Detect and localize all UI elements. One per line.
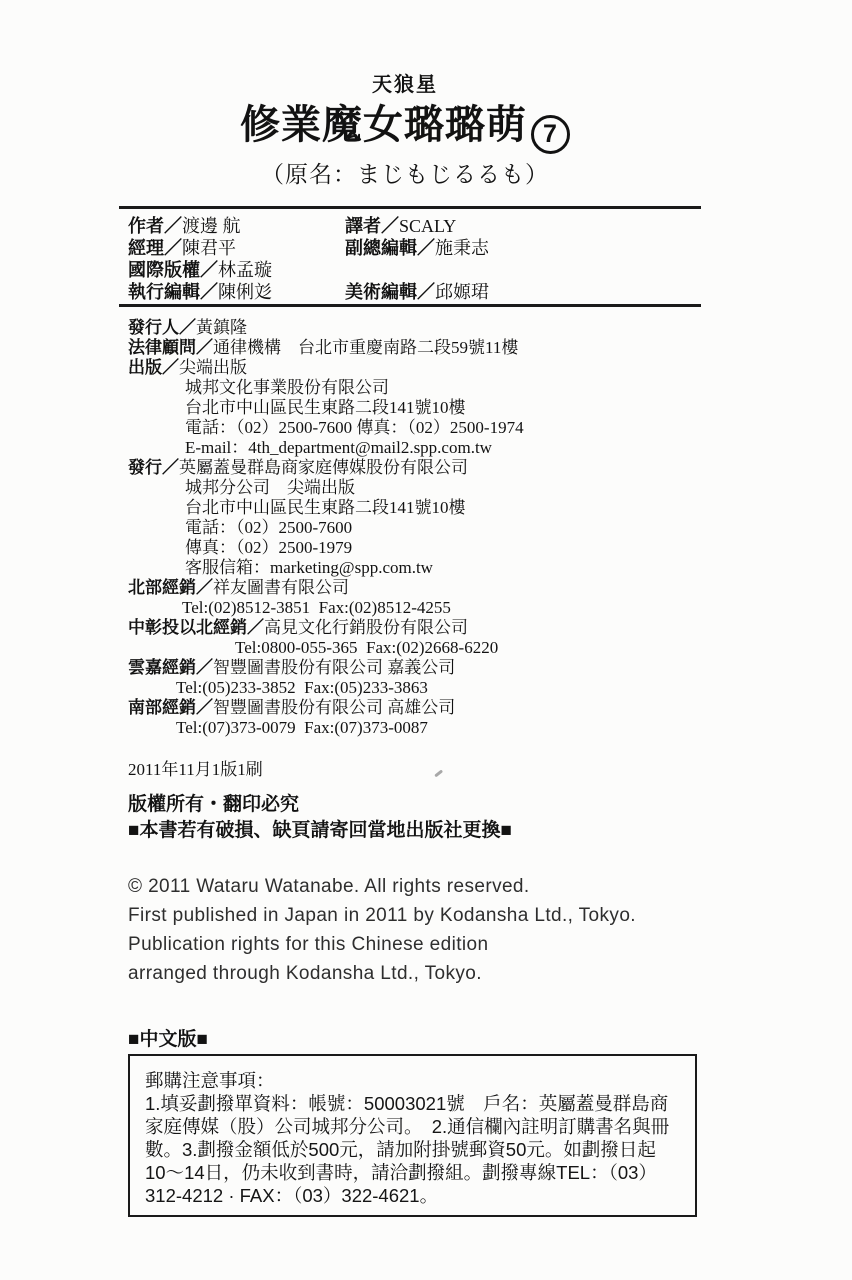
pub-row: 雲嘉經銷／智豐圖書股份有限公司 嘉義公司 xyxy=(128,658,728,678)
credit-label: 執行編輯 xyxy=(128,282,200,302)
label-separator: ／ xyxy=(200,282,218,302)
credit-label: 經理 xyxy=(128,238,164,258)
pub-label: 法律顧問 xyxy=(128,338,196,357)
credit-value: 陳君平 xyxy=(182,238,236,258)
credits-table: 作者／渡邊 航 譯者／SCALY 經理／陳君平 副總編輯／施秉志 國際版權／林孟… xyxy=(128,215,700,303)
label-separator: ／ xyxy=(196,698,213,717)
credit-label: 副總編輯 xyxy=(345,238,417,258)
volume-badge: 7 xyxy=(531,115,570,154)
mail-order-line: 10～14日，仍未收到書時，請洽劃撥組。劃撥專線TEL：（03） xyxy=(145,1161,680,1184)
original-title: （原名：まじもじるるも） xyxy=(0,159,810,189)
pub-value: 尖端出版 xyxy=(179,358,247,377)
mail-order-line: 1.填妥劃撥單資料：帳號：50003021號 戶名：英屬蓋曼群島商 xyxy=(145,1092,680,1115)
pub-value: 通律機構 台北市重慶南路二段59號11樓 xyxy=(213,338,518,357)
pub-value: 智豐圖書股份有限公司 高雄公司 xyxy=(213,698,455,717)
credit-cell: 作者／渡邊 航 xyxy=(128,215,345,237)
colophon-page: 天狼星 修業魔女璐璐萌7 （原名：まじもじるるも） 作者／渡邊 航 譯者／SCA… xyxy=(0,0,852,1280)
pub-label: 發行 xyxy=(128,458,162,477)
credit-value: 陳俐彣 xyxy=(218,282,272,302)
credit-cell: 譯者／SCALY xyxy=(345,215,700,237)
divider-top xyxy=(119,206,701,209)
pub-subline: Tel:(05)233-3852 Fax:(05)233-3863 xyxy=(128,678,728,698)
credit-cell: 執行編輯／陳俐彣 xyxy=(128,281,345,303)
pub-row: 出版／尖端出版 xyxy=(128,358,728,378)
pub-label: 中彰投以北經銷 xyxy=(128,618,247,637)
label-separator: ／ xyxy=(417,238,435,258)
label-separator: ／ xyxy=(164,216,182,236)
credit-cell: 副總編輯／施秉志 xyxy=(345,237,700,259)
english-copyright-line: Publication rights for this Chinese edit… xyxy=(128,930,636,959)
label-separator: ／ xyxy=(162,358,179,377)
pub-subline: 城邦分公司 尖端出版 xyxy=(128,478,728,498)
pub-subline: 台北市中山區民生東路二段141號10樓 xyxy=(128,398,728,418)
pub-subline: Tel:0800-055-365 Fax:(02)2668-6220 xyxy=(128,638,728,658)
label-separator: ／ xyxy=(381,216,399,236)
pub-label: 北部經銷 xyxy=(128,578,196,597)
credit-cell: 美術編輯／邱嫄珺 xyxy=(345,281,700,303)
divider-bottom xyxy=(119,304,701,307)
label-separator: ／ xyxy=(247,618,264,637)
scan-speck xyxy=(434,769,443,777)
credit-row: 作者／渡邊 航 譯者／SCALY xyxy=(128,215,700,237)
mail-order-line: 數。3.劃撥金額低於500元，請加附掛號郵資50元。如劃撥日起 xyxy=(145,1138,680,1161)
mail-order-box: 郵購注意事項： 1.填妥劃撥單資料：帳號：50003021號 戶名：英屬蓋曼群島… xyxy=(128,1054,697,1217)
pub-row: 法律顧問／通律機構 台北市重慶南路二段59號11樓 xyxy=(128,338,728,358)
label-separator: ／ xyxy=(196,658,213,677)
english-copyright-line: First published in Japan in 2011 by Koda… xyxy=(128,901,636,930)
credit-row: 經理／陳君平 副總編輯／施秉志 xyxy=(128,237,700,259)
english-copyright: © 2011 Wataru Watanabe. All rights reser… xyxy=(128,872,636,988)
credit-cell: 國際版權／林孟璇 xyxy=(128,259,345,281)
pub-subline: 傳真：（02）2500-1979 xyxy=(128,538,728,558)
title-block: 天狼星 修業魔女璐璐萌7 （原名：まじもじるるも） xyxy=(0,72,810,189)
pub-label: 南部經銷 xyxy=(128,698,196,717)
mail-order-line: 郵購注意事項： xyxy=(145,1069,680,1092)
credit-value: SCALY xyxy=(399,216,456,236)
pub-row: 北部經銷／祥友圖書有限公司 xyxy=(128,578,728,598)
credit-value: 林孟璇 xyxy=(218,260,272,280)
book-title-text: 修業魔女璐璐萌 xyxy=(240,103,527,147)
pub-label: 出版 xyxy=(128,358,162,377)
rights-notice: 版權所有・翻印必究 xyxy=(128,792,512,818)
credit-value: 邱嫄珺 xyxy=(435,282,489,302)
pub-row: 中彰投以北經銷／高見文化行銷股份有限公司 xyxy=(128,618,728,638)
pub-subline: 電話：（02）2500-7600 xyxy=(128,518,728,538)
edition-date: 2011年11月1版1刷 xyxy=(128,755,263,780)
credit-label: 譯者 xyxy=(345,216,381,236)
credit-label: 作者 xyxy=(128,216,164,236)
credit-label: 國際版權 xyxy=(128,260,200,280)
pub-value: 英屬蓋曼群島商家庭傳媒股份有限公司 xyxy=(179,458,468,477)
label-separator: ／ xyxy=(196,338,213,357)
credit-value: 施秉志 xyxy=(435,238,489,258)
pub-subline: Tel:(07)373-0079 Fax:(07)373-0087 xyxy=(128,718,728,738)
credit-value: 渡邊 航 xyxy=(182,216,241,236)
label-separator: ／ xyxy=(196,578,213,597)
credit-row: 執行編輯／陳俐彣 美術編輯／邱嫄珺 xyxy=(128,281,700,303)
pub-row: 發行／英屬蓋曼群島商家庭傳媒股份有限公司 xyxy=(128,458,728,478)
pub-label: 雲嘉經銷 xyxy=(128,658,196,677)
pub-subline: E-mail：4th_department@mail2.spp.com.tw xyxy=(128,438,728,458)
pub-subline: 城邦文化事業股份有限公司 xyxy=(128,378,728,398)
label-separator: ／ xyxy=(200,260,218,280)
mail-order-line: 312-4212 · FAX：（03）322-4621。 xyxy=(145,1184,680,1207)
pub-subline: 台北市中山區民生東路二段141號10樓 xyxy=(128,498,728,518)
credit-row: 國際版權／林孟璇 xyxy=(128,259,700,281)
pub-subline: 電話：（02）2500-7600 傳真：（02）2500-1974 xyxy=(128,418,728,438)
pub-subline: Tel:(02)8512-3851 Fax:(02)8512-4255 xyxy=(128,598,728,618)
pub-subline: 客服信箱：marketing@spp.com.tw xyxy=(128,558,728,578)
pub-value: 黃鎮隆 xyxy=(196,318,247,337)
english-copyright-line: arranged through Kodansha Ltd., Tokyo. xyxy=(128,959,636,988)
pub-value: 祥友圖書有限公司 xyxy=(213,578,349,597)
pub-value: 高見文化行銷股份有限公司 xyxy=(264,618,468,637)
credit-cell: 經理／陳君平 xyxy=(128,237,345,259)
series-label: 天狼星 xyxy=(0,72,810,98)
pub-label: 發行人 xyxy=(128,318,179,337)
label-separator: ／ xyxy=(164,238,182,258)
credit-label: 美術編輯 xyxy=(345,282,417,302)
label-separator: ／ xyxy=(162,458,179,477)
pub-row: 南部經銷／智豐圖書股份有限公司 高雄公司 xyxy=(128,698,728,718)
book-title: 修業魔女璐璐萌7 xyxy=(0,100,810,154)
label-separator: ／ xyxy=(417,282,435,302)
label-separator: ／ xyxy=(179,318,196,337)
pub-value: 智豐圖書股份有限公司 嘉義公司 xyxy=(213,658,455,677)
pub-row: 發行人／黃鎮隆 xyxy=(128,318,728,338)
publication-info: 發行人／黃鎮隆 法律顧問／通律機構 台北市重慶南路二段59號11樓 出版／尖端出… xyxy=(128,318,728,738)
mail-order-line: 家庭傳媒（股）公司城邦分公司。 2.通信欄內註明訂購書名與冊 xyxy=(145,1115,680,1138)
chinese-edition-label: ■中文版■ xyxy=(128,1024,208,1051)
credit-cell-empty xyxy=(345,259,700,281)
rights-notices: 版權所有・翻印必究 ■本書若有破損、缺頁請寄回當地出版社更換■ xyxy=(128,792,512,844)
english-copyright-line: © 2011 Wataru Watanabe. All rights reser… xyxy=(128,872,636,901)
damage-notice: ■本書若有破損、缺頁請寄回當地出版社更換■ xyxy=(128,818,512,844)
